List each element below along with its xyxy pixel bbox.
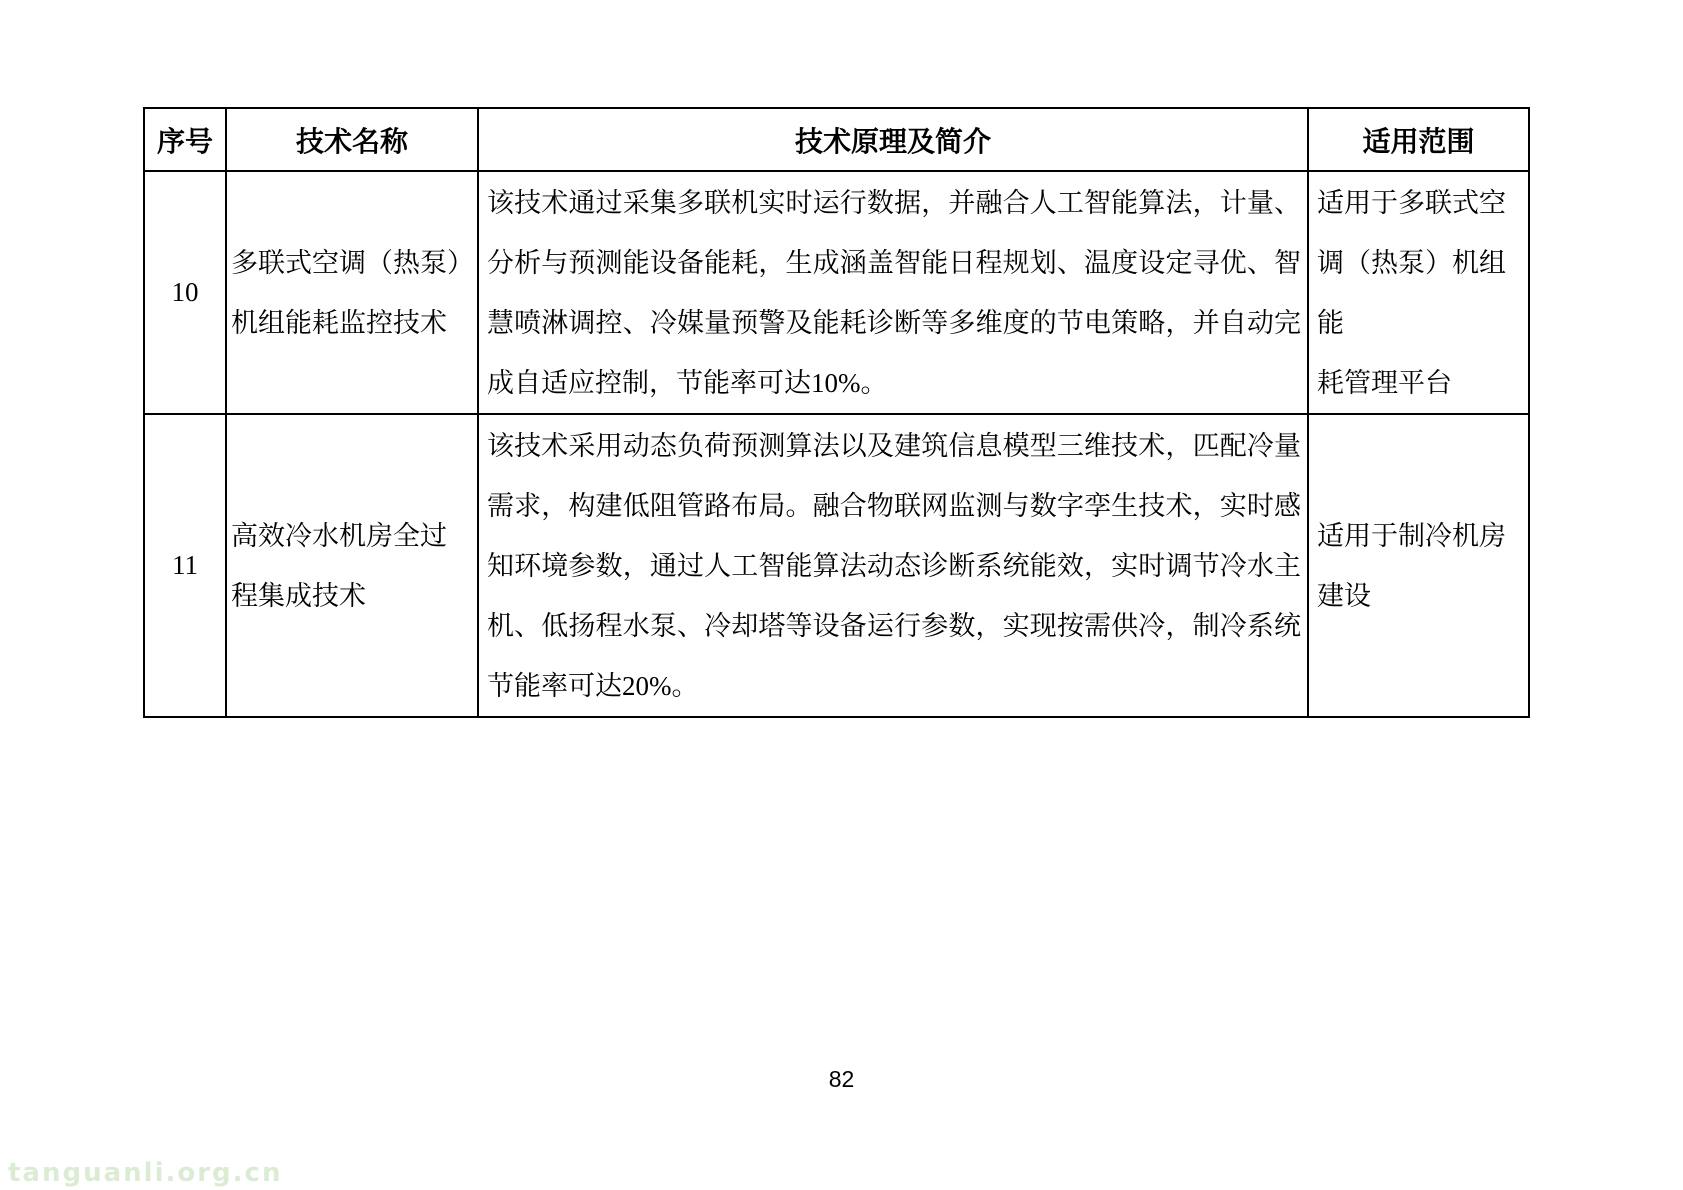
tech-name-text: 高效冷水机房全过 程集成技术 xyxy=(231,506,493,626)
header-principle-intro: 技术原理及简介 xyxy=(478,108,1308,171)
applicable-scope-text: 适用于多联式空 调（热泵）机组能 耗管理平台 xyxy=(1317,173,1524,413)
row-number-cell: 11 xyxy=(144,414,226,717)
applicable-scope-text: 适用于制冷机房 建设 xyxy=(1317,506,1524,626)
applicable-scope-cell: 适用于制冷机房 建设 xyxy=(1308,414,1529,717)
tech-description-cell: 该技术通过采集多联机实时运行数据，并融合人工智能算法，计量、分析与预测能设备能耗… xyxy=(478,171,1308,414)
table-row: 11高效冷水机房全过 程集成技术该技术采用动态负荷预测算法以及建筑信息模型三维技… xyxy=(144,414,1529,717)
watermark: tanguanli.org.cn xyxy=(8,1158,282,1188)
header-applicable-scope: 适用范围 xyxy=(1308,108,1529,171)
document-page: 序号 技术名称 技术原理及简介 适用范围 10多联式空调（热泵） 机组能耗监控技… xyxy=(0,0,1683,1190)
header-technology-name: 技术名称 xyxy=(226,108,478,171)
table-header-row: 序号 技术名称 技术原理及简介 适用范围 xyxy=(144,108,1529,171)
row-number-cell: 10 xyxy=(144,171,226,414)
tech-name-cell: 高效冷水机房全过 程集成技术 xyxy=(226,414,478,717)
tech-description-cell: 该技术采用动态负荷预测算法以及建筑信息模型三维技术，匹配冷量需求，构建低阻管路布… xyxy=(478,414,1308,717)
applicable-scope-cell: 适用于多联式空 调（热泵）机组能 耗管理平台 xyxy=(1308,171,1529,414)
tech-name-text: 多联式空调（热泵） 机组能耗监控技术 xyxy=(231,233,493,353)
technology-table: 序号 技术名称 技术原理及简介 适用范围 10多联式空调（热泵） 机组能耗监控技… xyxy=(143,107,1530,718)
table-row: 10多联式空调（热泵） 机组能耗监控技术该技术通过采集多联机实时运行数据，并融合… xyxy=(144,171,1529,414)
tech-name-cell: 多联式空调（热泵） 机组能耗监控技术 xyxy=(226,171,478,414)
page-number: 82 xyxy=(0,1066,1683,1093)
header-serial-number: 序号 xyxy=(144,108,226,171)
